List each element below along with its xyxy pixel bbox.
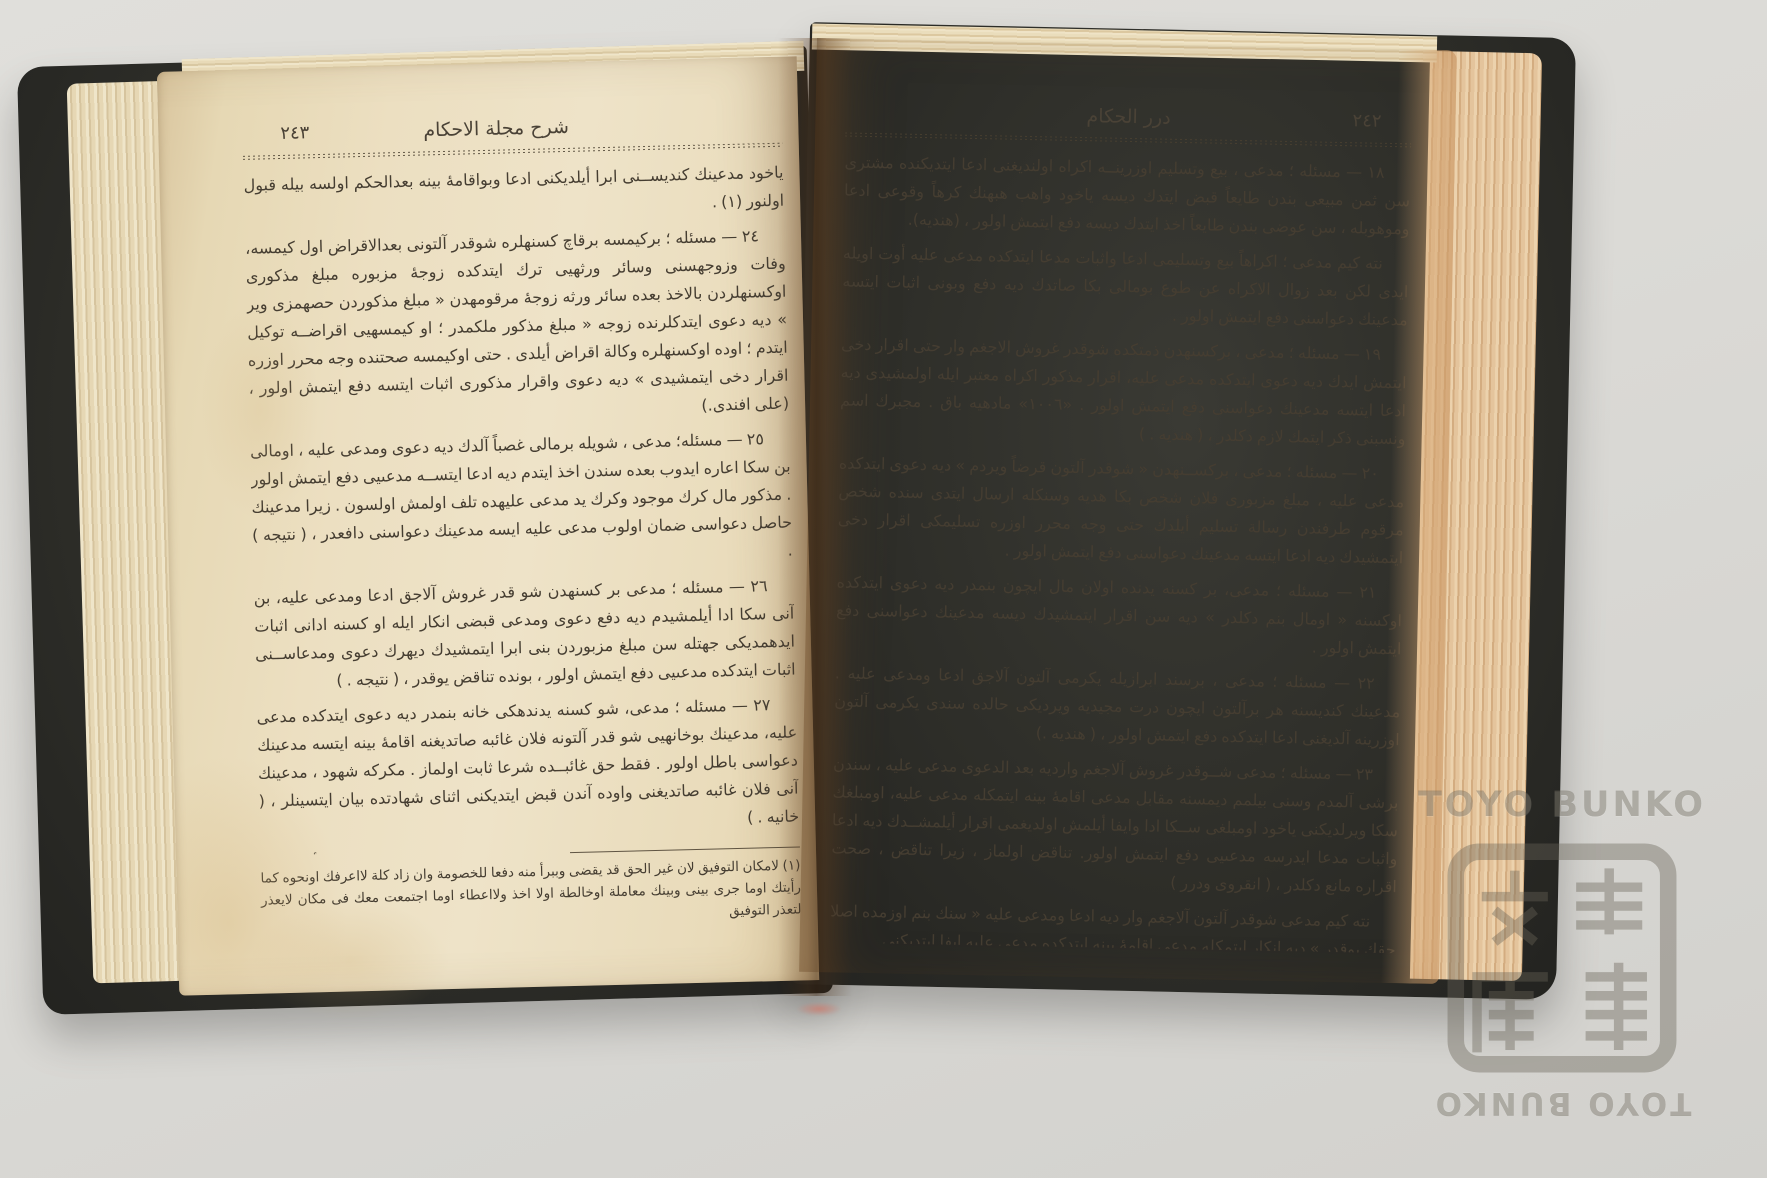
right-page-body: ١٨ — مسئله ؛ مدعى ، بيع وتسليم اوزرينــه… (830, 148, 1411, 953)
paragraph: ٢٢ — مسئله ؛ مدعى ، برسند ابرازيله يكرمى… (833, 659, 1401, 754)
left-page: ٢٤٣ شرح مجلة الاحكام ياخود مدعينك كنديسـ… (157, 56, 819, 995)
paragraph: نته كيم مدعى شوقدر آلتون آلاجغم وار ديه … (830, 897, 1397, 953)
footnote-rule (570, 846, 800, 853)
watermark-text-bottom: TOYO BUNKO (1388, 1087, 1736, 1118)
paragraph: ٢٦ — مسئله ؛ مدعى بر كسنهدن شو قدر غروش … (253, 572, 796, 697)
headband-detail (796, 1002, 842, 1016)
photo-backdrop: ٢٤٣ شرح مجلة الاحكام ياخود مدعينك كنديسـ… (0, 0, 1767, 1178)
footnote-block: (١) لامكان التوفيق لان غير الحق قد يقضى … (260, 842, 803, 967)
paragraph: ١٨ — مسئله ؛ مدعى ، بيع وتسليم اوزرينــه… (843, 148, 1411, 243)
right-page-content: درر الحكام ٢٤٢ ١٨ — مسئله ؛ مدعى ، بيع و… (799, 38, 1457, 984)
left-page-number: ٢٤٣ (280, 122, 310, 144)
left-page-content: ٢٤٣ شرح مجلة الاحكام ياخود مدعينك كنديسـ… (157, 56, 819, 995)
right-page-title: درر الحكام (1086, 105, 1171, 129)
paragraph: نته كيم مدعى ؛ اكراهاً بيع وتسليمى ادعا … (842, 239, 1410, 334)
paragraph: ياخود مدعينك كنديســنى ابرا أيلديكنى ادع… (243, 159, 784, 228)
right-page: درر الحكام ٢٤٢ ١٨ — مسئله ؛ مدعى ، بيع و… (799, 38, 1457, 984)
footnote-text: (١) لامكان التوفيق لان غير الحق قد يقضى … (260, 854, 801, 933)
left-page-body: ياخود مدعينك كنديســنى ابرا أيلديكنى ادع… (243, 159, 800, 856)
paragraph: ٢١ — مسئله ؛ مدعى، بر كسنه يدنده اولان م… (835, 568, 1403, 663)
paragraph: ٢٤ — مسئله ؛ بركيمسه برقاچ كسنهلره شوقدر… (245, 222, 790, 431)
paragraph: ٢٧ — مسئله ؛ مدعى، شو كسنه يدندهكى خانه … (256, 691, 799, 844)
paragraph: ٢٠ — مسئله ؛ مدعى ، بركســنهدن « شوقدر آ… (837, 449, 1405, 572)
left-page-title: شرح مجلة الاحكام (423, 116, 569, 142)
paragraph: ٢٣ — مسئله ؛ مدعى شــوقدر غروش آلاجغم وا… (831, 750, 1400, 901)
paragraph: ١٩ — مسئله ؛ مدعى ، بركسنهدن ذمتكده شوقد… (839, 330, 1407, 453)
right-page-number: ٢٤٢ (1352, 110, 1381, 132)
paragraph: ٢٥ — مسئله؛ مدعى ، شويله برمالى غصباً آل… (250, 425, 793, 578)
